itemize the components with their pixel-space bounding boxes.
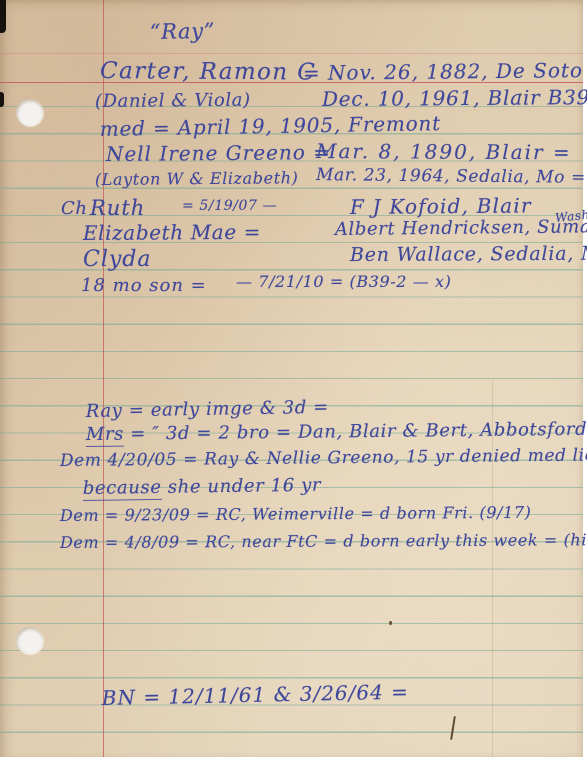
hole-punch-bottom: [16, 627, 43, 654]
child-name: 18 mo son =: [81, 275, 207, 296]
underlined-word: because: [83, 477, 162, 501]
child-spouse: Ben Wallace, Sedalia, Mo =: [350, 242, 587, 266]
research-note: because she under 16 yr: [83, 475, 322, 499]
child-name: Elizabeth Mae =: [83, 220, 261, 245]
child-spouse: F J Kofoid, Blair: [350, 193, 532, 219]
scanned-document: “Ray” Carter, Ramon C = Nov. 26, 1882, D…: [0, 0, 587, 768]
hole-punch-top: [16, 99, 43, 126]
husband-death: Dec. 10, 1961, Blair B39-2: [322, 85, 587, 111]
research-note: Dem = 4/8/09 = RC, near FtC = d born ear…: [60, 530, 587, 552]
paper: “Ray” Carter, Ramon C = Nov. 26, 1882, D…: [0, 0, 583, 757]
child-birthdate: = 5/19/07 —: [182, 198, 277, 214]
wife-birth: Mar. 8, 1890, Blair =: [316, 139, 572, 164]
underlined-word: Mrs: [86, 424, 124, 447]
note-text: she under 16 yr: [168, 475, 322, 498]
heading-nickname: “Ray”: [150, 19, 216, 44]
husband-parents: (Daniel & Viola): [95, 90, 251, 112]
scan-edge-artifact: [0, 0, 6, 33]
child-death-note: — 7/21/10 = (B39-2 — x): [236, 272, 452, 291]
wife-death: Mar. 23, 1964, Sedalia, Mo = B39-2: [316, 165, 587, 188]
child-spouse: Albert Hendricksen, Sumas,: [335, 216, 587, 240]
research-note: Ray = early imge & 3d =: [86, 397, 329, 422]
header-rule-faint: [0, 53, 583, 54]
research-note: Dem = 9/23/09 = RC, Weimerville = d born…: [60, 503, 532, 525]
child-name: Clyda: [83, 247, 152, 272]
husband-name: Carter, Ramon C: [100, 58, 316, 86]
ink-speck: [389, 621, 392, 625]
scan-edge-artifact: [0, 92, 4, 107]
left-margin-line: [103, 0, 104, 757]
wife-parents: (Layton W & Elizabeth): [95, 168, 299, 189]
children-label: Ch: [61, 198, 88, 219]
child-name: Ruth: [90, 196, 145, 220]
husband-birth: = Nov. 26, 1882, De Soto: [303, 58, 583, 85]
wife-name: Nell Irene Greeno =: [106, 140, 331, 166]
